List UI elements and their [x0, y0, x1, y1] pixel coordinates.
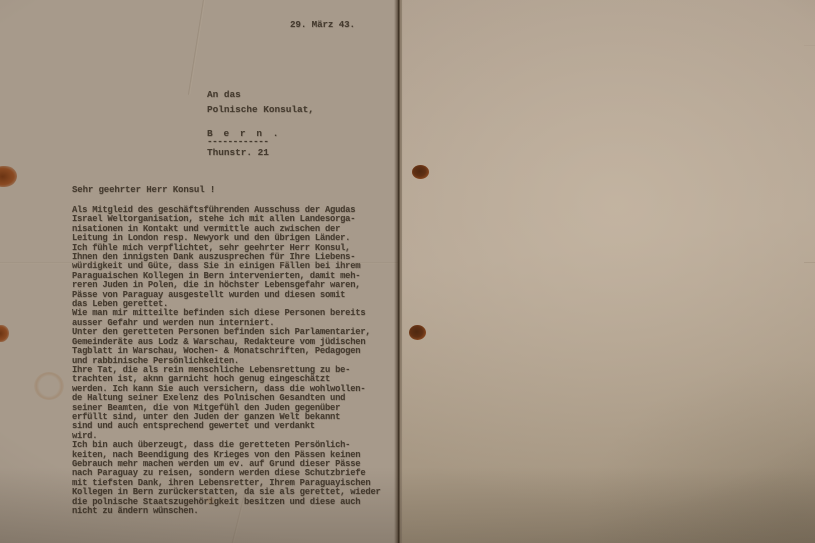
fold-crease-upper-page2 [804, 45, 815, 47]
ring-stain [34, 372, 64, 400]
letter-body-page1: Als Mitgleid des geschäftsführenden Auss… [72, 206, 381, 516]
letter-page-1: 29. März 43. An das Polnische Konsulat, … [0, 0, 398, 543]
document-photo: 29. März 43. An das Polnische Konsulat, … [0, 0, 815, 543]
small-stain-page1 [205, 496, 216, 505]
recipient-address: An das Polnische Konsulat, B e r n . ---… [207, 89, 241, 166]
recipient-street: Thunstr. 21 [207, 147, 269, 158]
letter-page-2: 2. 29. März 43. Ich begrüsse Sie, geschä… [402, 0, 815, 543]
recipient-line-an-das: An das [207, 89, 241, 100]
fold-crease-vertical-page1 [188, 0, 205, 95]
date-line-page1: 29. März 43. [290, 19, 355, 30]
punch-hole-bottom [409, 325, 426, 340]
page-seam-shadow [394, 0, 403, 543]
punch-hole-top [412, 165, 429, 179]
rust-stain-top [0, 166, 17, 187]
salutation-line: Sehr geehrter Herr Konsul ! [72, 185, 215, 195]
recipient-city-underline: ------------ [207, 136, 269, 147]
fold-crease-horizontal-page1 [0, 262, 398, 264]
rust-stain-bottom [0, 325, 9, 342]
recipient-line-consulate: Polnische Konsulat, [207, 104, 314, 115]
fold-crease-middle-page2 [804, 262, 815, 264]
